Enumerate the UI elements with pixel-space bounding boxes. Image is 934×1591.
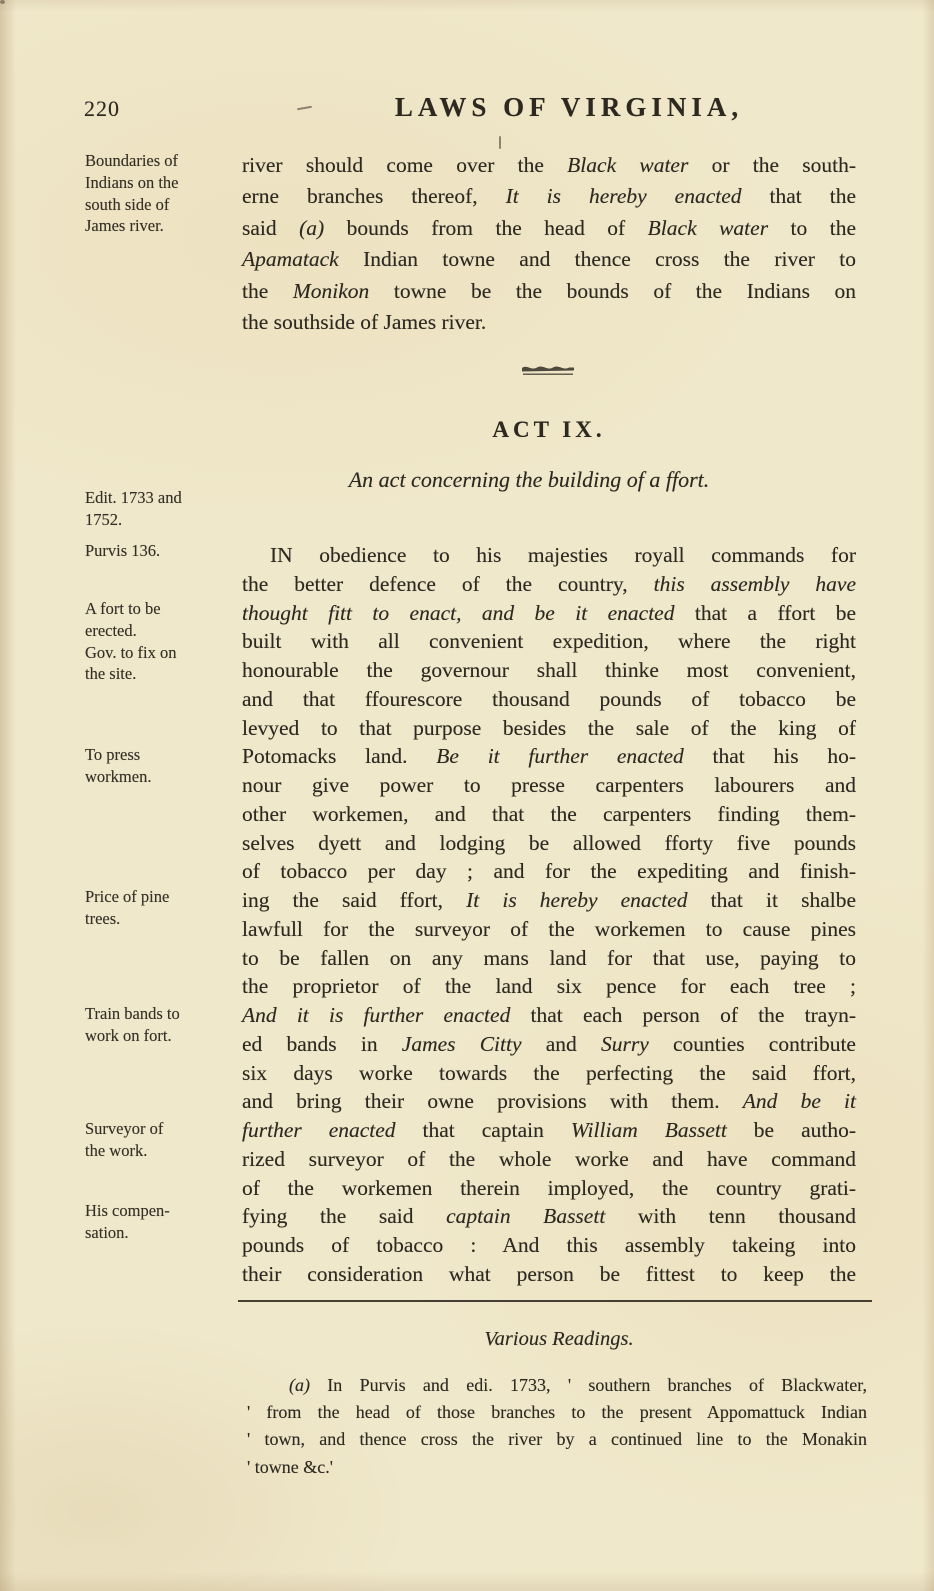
text-segment: of the workemen therein imployed, the co… <box>242 1176 856 1200</box>
text-line: lawfull for the surveyor of the workemen… <box>242 915 856 944</box>
text-segment: bounds from the head of <box>324 216 647 240</box>
margin-note-line: Purvis 136. <box>85 540 237 562</box>
text-segment: Black water <box>567 153 688 177</box>
margin-note: A fort to beerected.Gov. to fix onthe si… <box>85 598 237 685</box>
text-segment: And be it <box>743 1089 856 1113</box>
scan-artifact <box>499 136 501 149</box>
text-line: to be fallen on any mans land for that u… <box>242 944 856 973</box>
margin-note-line: south side of <box>85 194 237 216</box>
text-segment: to the <box>768 216 856 240</box>
text-line: of the workemen therein imployed, the co… <box>242 1174 856 1203</box>
text-segment: the better defence of the country, <box>242 572 654 596</box>
text-segment: Monikon <box>293 279 369 303</box>
text-line: built with all convenient expedition, wh… <box>242 627 856 656</box>
text-segment: rized surveyor of the whole worke and ha… <box>242 1147 856 1171</box>
text-line: ed bands in James Citty and Surry counti… <box>242 1030 856 1059</box>
margin-note: Edit. 1733 and1752. <box>85 487 237 531</box>
margin-note-line: Price of pine <box>85 886 237 908</box>
margin-note-line: the work. <box>85 1140 237 1162</box>
text-line: further enacted that captain William Bas… <box>242 1116 856 1145</box>
act-heading: ACT IX. <box>242 417 856 443</box>
text-segment: of tobacco per day ; and for the expedit… <box>242 859 856 883</box>
margin-note-line: Surveyor of <box>85 1118 237 1140</box>
text-segment: levyed to that purpose besides the sale … <box>242 716 856 740</box>
text-segment: In Purvis and edi. 1733, ' southern bran… <box>310 1375 867 1395</box>
footnote-rule <box>238 1300 872 1302</box>
margin-note-line: To press <box>85 744 237 766</box>
text-line: IN obedience to his majesties royall com… <box>242 541 856 570</box>
text-line: nour give power to presse carpenters lab… <box>242 771 856 800</box>
text-line: thought fitt to enact, and be it enacted… <box>242 599 856 628</box>
text-segment: that a ffort be <box>674 601 856 625</box>
text-line: six days worke towards the perfecting th… <box>242 1059 856 1088</box>
text-segment: fying the said <box>242 1204 446 1228</box>
text-segment: thought fitt to enact, and be it enacted <box>242 601 674 625</box>
scan-artifact <box>0 0 5 4</box>
text-segment: James Citty <box>402 1032 522 1056</box>
text-segment: Indian towne and thence cross the river … <box>339 247 856 271</box>
text-segment: ed bands in <box>242 1032 402 1056</box>
text-segment: ' town, and thence cross the river by a … <box>247 1429 867 1449</box>
text-segment: said <box>242 216 299 240</box>
text-segment: that it shalbe <box>688 888 857 912</box>
text-segment: or the south- <box>688 153 856 177</box>
text-segment: nour give power to presse carpenters lab… <box>242 773 856 797</box>
text-line: other workemen, and that the carpenters … <box>242 800 856 829</box>
text-segment: and that ffourescore thousand pounds of … <box>242 687 856 711</box>
section-ornament-icon <box>521 363 575 376</box>
text-segment: pounds of tobacco : And this assembly ta… <box>242 1233 856 1257</box>
text-segment: Be it further enacted <box>436 744 683 768</box>
text-line: ' town, and thence cross the river by a … <box>247 1426 867 1453</box>
text-segment: other workemen, and that the carpenters … <box>242 802 856 826</box>
text-segment: this assembly have <box>654 572 856 596</box>
text-segment: lawfull for the surveyor of the workemen… <box>242 917 856 941</box>
scanned-book-page: 220 LAWS OF VIRGINIA, Boundaries ofIndia… <box>0 0 934 1591</box>
text-segment: It is hereby enacted <box>466 888 687 912</box>
text-line: pounds of tobacco : And this assembly ta… <box>242 1231 856 1260</box>
text-line: ing the said ffort, It is hereby enacted… <box>242 886 856 915</box>
text-line: river should come over the Black water o… <box>242 150 856 181</box>
text-segment: that the <box>742 184 856 208</box>
text-line: the proprietor of the land six pence for… <box>242 972 856 1001</box>
text-segment: Apamatack <box>242 247 339 271</box>
margin-note-line: the site. <box>85 663 237 685</box>
text-line: selves dyett and lodging be allowed ffor… <box>242 829 856 858</box>
text-line: rized surveyor of the whole worke and ha… <box>242 1145 856 1174</box>
text-segment: erne branches thereof, <box>242 184 506 208</box>
text-line: Potomacks land. Be it further enacted th… <box>242 742 856 771</box>
margin-note-line: A fort to be <box>85 598 237 620</box>
text-line: ' towne &c.' <box>247 1454 867 1481</box>
text-line: Apamatack Indian towne and thence cross … <box>242 244 856 275</box>
text-segment: that captain <box>396 1118 571 1142</box>
text-line: of tobacco per day ; and for the expedit… <box>242 857 856 886</box>
margin-note-line: Indians on the <box>85 172 237 194</box>
margin-note: His compen-sation. <box>85 1200 237 1244</box>
margin-note-line: sation. <box>85 1222 237 1244</box>
various-readings-heading: Various Readings. <box>252 1328 866 1351</box>
act-body-text: IN obedience to his majesties royall com… <box>242 541 856 1289</box>
act-title: An act concerning the building of a ffor… <box>222 467 836 493</box>
text-segment: IN obedience to his majesties royall com… <box>270 543 856 567</box>
text-segment: the proprietor of the land six pence for… <box>242 974 856 998</box>
margin-note: To pressworkmen. <box>85 744 237 788</box>
text-line: And it is further enacted that each pers… <box>242 1001 856 1030</box>
text-line: honourable the governour shall thinke mo… <box>242 656 856 685</box>
footnote-text: (a) In Purvis and edi. 1733, ' southern … <box>247 1372 867 1481</box>
text-segment: with tenn thousand <box>605 1204 856 1228</box>
text-line: erne branches thereof, It is hereby enac… <box>242 181 856 212</box>
text-segment: to be fallen on any mans land for that u… <box>242 946 856 970</box>
text-segment: built with all convenient expedition, wh… <box>242 629 856 653</box>
text-line: the Monikon towne be the bounds of the I… <box>242 276 856 307</box>
margin-note: Train bands towork on fort. <box>85 1003 237 1047</box>
text-segment: the southside of James river. <box>242 310 486 334</box>
text-segment: Potomacks land. <box>242 744 436 768</box>
text-segment: Surry <box>601 1032 649 1056</box>
margin-note-line: work on fort. <box>85 1025 237 1047</box>
margin-note: Purvis 136. <box>85 540 237 562</box>
margin-note-line: Gov. to fix on <box>85 642 237 664</box>
text-line: and bring their owne provisions with the… <box>242 1087 856 1116</box>
text-line: levyed to that purpose besides the sale … <box>242 714 856 743</box>
text-line: and that ffourescore thousand pounds of … <box>242 685 856 714</box>
margin-note-line: James river. <box>85 215 237 237</box>
text-segment: and <box>522 1032 601 1056</box>
margin-note-line: erected. <box>85 620 237 642</box>
text-segment: honourable the governour shall thinke mo… <box>242 658 856 682</box>
margin-note-line: Train bands to <box>85 1003 237 1025</box>
text-line: their consideration what person be fitte… <box>242 1260 856 1289</box>
text-segment: William Bassett <box>571 1118 727 1142</box>
text-line: ' from the head of those branches to the… <box>247 1399 867 1426</box>
text-segment: Black water <box>648 216 768 240</box>
text-segment: six days worke towards the perfecting th… <box>242 1061 856 1085</box>
text-segment: ing the said ffort, <box>242 888 466 912</box>
text-segment: ' towne &c.' <box>247 1457 333 1477</box>
text-segment: towne be the bounds of the Indians on <box>369 279 856 303</box>
text-line: fying the said captain Bassett with tenn… <box>242 1202 856 1231</box>
margin-note-line: 1752. <box>85 509 237 531</box>
text-line: said (a) bounds from the head of Black w… <box>242 213 856 244</box>
text-segment: further enacted <box>242 1118 396 1142</box>
text-segment: the <box>242 279 293 303</box>
text-segment: be autho- <box>727 1118 856 1142</box>
text-segment: ' from the head of those branches to the… <box>247 1402 867 1422</box>
text-segment: captain Bassett <box>446 1204 605 1228</box>
margin-note-line: trees. <box>85 908 237 930</box>
text-segment: that his ho- <box>684 744 856 768</box>
margin-note-line: Edit. 1733 and <box>85 487 237 509</box>
margin-note-line: His compen- <box>85 1200 237 1222</box>
text-segment: river should come over the <box>242 153 567 177</box>
text-segment: And it is further enacted <box>242 1003 510 1027</box>
margin-note: Boundaries ofIndians on thesouth side of… <box>85 150 237 237</box>
text-segment: (a) <box>289 1375 310 1395</box>
body-text-previous-act: river should come over the Black water o… <box>242 150 856 338</box>
margin-note-line: workmen. <box>85 766 237 788</box>
text-segment: selves dyett and lodging be allowed ffor… <box>242 831 856 855</box>
margin-note-line: Boundaries of <box>85 150 237 172</box>
text-line: the southside of James river. <box>242 307 856 338</box>
text-segment: It is hereby enacted <box>506 184 742 208</box>
text-line: the better defence of the country, this … <box>242 570 856 599</box>
text-segment: (a) <box>299 216 324 240</box>
text-segment: their consideration what person be fitte… <box>242 1262 856 1286</box>
text-segment: that each person of the trayn- <box>510 1003 856 1027</box>
text-segment: counties contribute <box>649 1032 856 1056</box>
text-segment: and bring their owne provisions with the… <box>242 1089 743 1113</box>
text-line: (a) In Purvis and edi. 1733, ' southern … <box>247 1372 867 1399</box>
page-number: 220 <box>84 96 120 122</box>
margin-note: Surveyor ofthe work. <box>85 1118 237 1162</box>
running-header: LAWS OF VIRGINIA, <box>262 92 876 123</box>
margin-note: Price of pinetrees. <box>85 886 237 930</box>
